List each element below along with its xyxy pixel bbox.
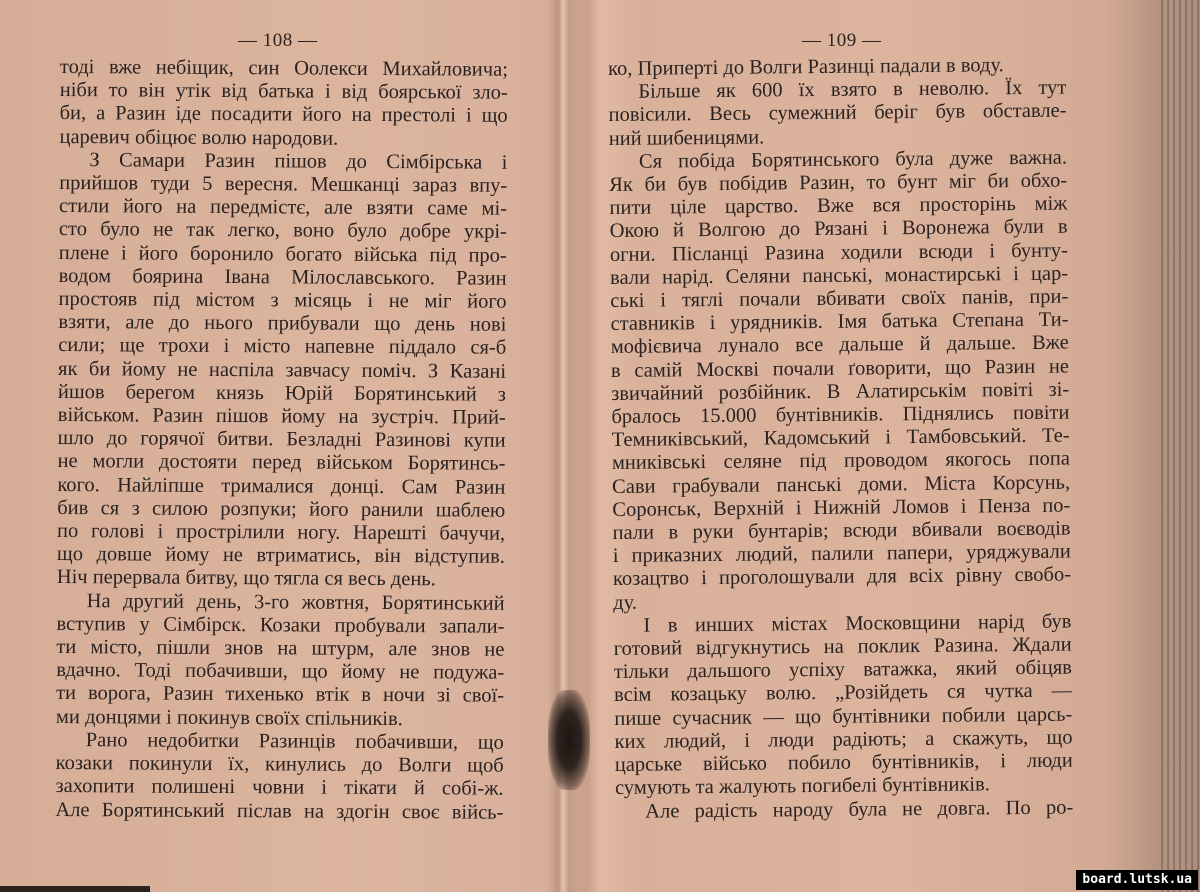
text-line: по голові і прострілили ногу. Нарешті ба…	[57, 520, 505, 546]
text-line: плене і його боронило богато війська під…	[59, 242, 507, 268]
watermark: board.lutsk.ua	[1076, 870, 1198, 890]
text-line: би, а Разин іде посадити його на престол…	[60, 102, 508, 128]
left-page-text: тоді вже небіщик, син Оолекси Михайлович…	[55, 56, 508, 824]
text-line: шло до горячої битви. Безладні Разинові …	[58, 427, 506, 453]
right-page-text: ко, Приперті до Волги Разинці падали в в…	[608, 54, 1073, 824]
text-line: повісили. Весь сумежний беріг був обстав…	[608, 100, 1066, 128]
text-line: військом. Разин пішов йому на зустріч. П…	[58, 404, 506, 430]
right-page: — 109 — ко, Приперті до Волги Разинці па…	[572, 0, 1132, 892]
text-line: йшов берегом князь Юрій Борятинський з	[58, 381, 506, 407]
text-line: ніби то він утік від батька і від боярсь…	[60, 79, 508, 105]
text-line: На другий день, 3-го жовтня, Борятинськи…	[57, 590, 505, 616]
book-spread: — 108 — тоді вже небіщик, син Оолекси Ми…	[0, 0, 1200, 892]
text-line: взяти, але до нього прибували що день но…	[58, 311, 506, 337]
text-line: ми донцями і покинув своїх спільників.	[56, 706, 504, 732]
text-line: Але радість народу була не довга. По ро-	[615, 796, 1073, 824]
text-line: що довше йому не втриматись, він відступ…	[57, 543, 505, 569]
bottom-shadow	[0, 886, 150, 892]
text-line: прийшов туди 5 вересня. Мешканці зараз в…	[59, 172, 507, 198]
text-line: царське військо побило бунтівників, і лю…	[615, 750, 1073, 778]
left-page: — 108 — тоді вже небіщик, син Оолекси Ми…	[0, 0, 560, 892]
text-line: ти місто, пішли знов на штурм, але знов …	[56, 636, 504, 662]
text-line: простояв під містом з місяць і не міг йо…	[58, 288, 506, 314]
text-line: козацтво і проголошували для всіх рівну …	[613, 564, 1071, 592]
text-line: як би йому не наспіла завчасу поміч. З К…	[58, 358, 506, 384]
page-edges	[1158, 0, 1200, 892]
text-line: захопити полишені човни і тікати й собі-…	[55, 775, 503, 801]
text-line: Але Борятинський післав на здогін своє в…	[55, 798, 503, 824]
text-line: З Самари Разин пішов до Сімбірська і	[59, 149, 507, 175]
text-line: Ніч перервала битву, що тягла ся весь де…	[57, 566, 505, 592]
page-number-left: — 108 —	[238, 30, 318, 52]
text-line: стили його на передмістє, але взяти саме…	[59, 195, 507, 221]
text-line: вдачно. Тоді побачивши, що йому не подуж…	[56, 659, 504, 685]
text-line: вступив у Сімбірск. Козаки пробували зап…	[56, 613, 504, 639]
text-line: ти ворога, Разин тихенько втік в ночи зі…	[56, 682, 504, 708]
text-line: сили; ще трохи і місто напевне піддало с…	[58, 334, 506, 360]
text-line: сто було не так легко, воно було добре у…	[59, 218, 507, 244]
page-number-right: — 109 —	[802, 30, 882, 52]
text-line: водом боярина Івана Мілославського. Рази…	[59, 265, 507, 291]
text-line: козаки покинули їх, кинулись до Волги що…	[56, 752, 504, 778]
text-line: Рано недобитки Разинців побачивши, що	[56, 729, 504, 755]
text-line: царевич обіцює волю народови.	[59, 126, 507, 152]
text-line: кого. Найліпше трималися донці. Сам Рази…	[57, 474, 505, 500]
text-line: бив ся з силою розпуки; його ранили шабл…	[57, 497, 505, 523]
text-line: тоді вже небіщик, син Оолекси Михайлович…	[60, 56, 508, 82]
text-line: не могли достояти перед військом Борятин…	[57, 450, 505, 476]
